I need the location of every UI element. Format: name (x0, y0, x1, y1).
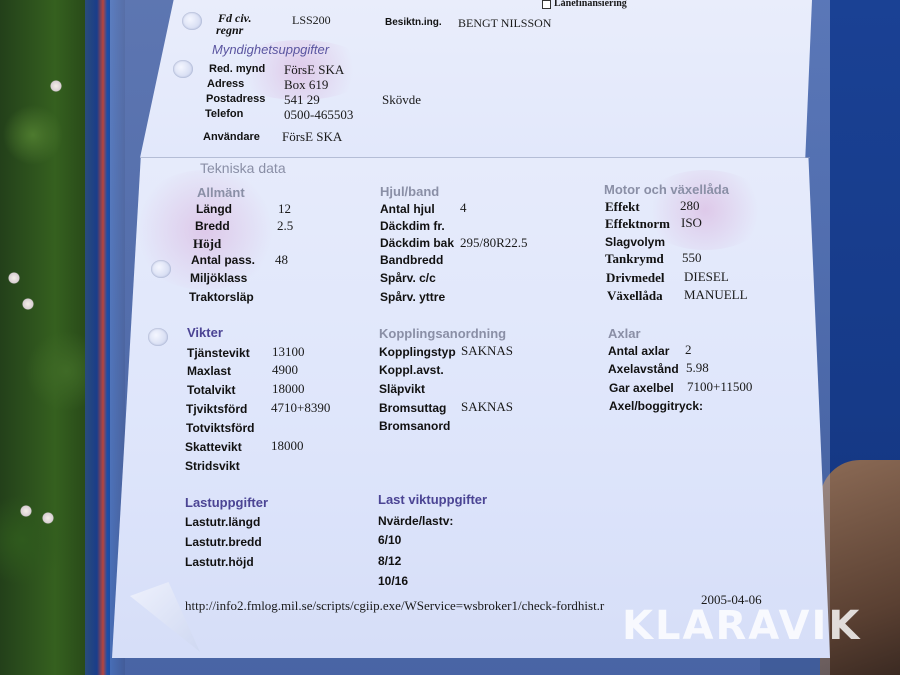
field-label: Tankrymd (605, 251, 664, 267)
lastvikt-row: 8/12 (378, 554, 401, 568)
field-label: Totviktsförd (186, 421, 254, 435)
field-value: FörsE SKA (284, 62, 344, 78)
field-value: 4900 (272, 362, 298, 378)
lastvikt-row: Nvärde/lastv: (378, 514, 453, 528)
field-label: Axelavstånd (608, 362, 679, 376)
tekniska-title: Tekniska data (200, 160, 286, 176)
field-value: 550 (682, 250, 702, 266)
hjul-title: Hjul/band (380, 184, 439, 199)
field-label: Längd (196, 202, 232, 216)
field-value: 0500-465503 (284, 107, 353, 123)
field-label: Lastutr.längd (185, 515, 260, 529)
last-title: Lastuppgifter (185, 495, 268, 510)
field-label: Användare (203, 131, 260, 143)
field-label: Kopplingstyp (379, 345, 456, 359)
field-label: Lastutr.bredd (185, 535, 262, 549)
field-value: 18000 (272, 381, 305, 397)
fd-civ-regnr-label-2: regnr (216, 23, 243, 38)
field-value-city: Skövde (382, 92, 421, 108)
field-label: Antal pass. (191, 253, 255, 267)
field-label: Drivmedel (606, 270, 664, 286)
field-value: 2 (685, 342, 692, 358)
field-value: Box 619 (284, 77, 328, 93)
field-value: 280 (680, 198, 700, 214)
field-label: Skattevikt (185, 440, 242, 454)
field-value: SAKNAS (461, 343, 513, 359)
vehicle-document: Lånefinansiering Fd civ. regnr LSS200 Be… (0, 0, 900, 675)
fd-civ-regnr-value: LSS200 (292, 13, 331, 28)
field-label: Antal axlar (608, 344, 669, 358)
vikter-title: Vikter (187, 325, 223, 340)
field-label: Bredd (195, 219, 230, 233)
koppling-title: Kopplingsanordning (379, 326, 506, 341)
field-value: 13100 (272, 344, 305, 360)
axlar-title: Axlar (608, 326, 641, 341)
field-value: 12 (278, 201, 291, 217)
field-value: 2.5 (277, 218, 293, 234)
field-value: 7100+11500 (687, 379, 752, 395)
field-label: Tjänstevikt (187, 346, 250, 360)
field-label: Adress (207, 78, 244, 90)
field-label: Maxlast (187, 364, 231, 378)
field-label: Telefon (205, 108, 243, 120)
field-label: Miljöklass (190, 271, 247, 285)
field-value: 4710+8390 (271, 400, 330, 416)
field-label: Antal hjul (380, 202, 435, 216)
field-value: DIESEL (684, 269, 729, 285)
field-label: Däckdim bak (380, 236, 454, 250)
lanefinansiering-label: Lånefinansiering (554, 0, 627, 9)
field-label: Tjviktsförd (186, 402, 247, 416)
field-label: Red. mynd (209, 63, 265, 75)
field-label: Spårv. yttre (380, 290, 445, 304)
myndighet-title: Myndighetsuppgifter (212, 42, 329, 57)
field-value: 18000 (271, 438, 304, 454)
field-value: 48 (275, 252, 288, 268)
field-label: Koppl.avst. (379, 363, 444, 377)
field-value: SAKNAS (461, 399, 513, 415)
field-label: Däckdim fr. (380, 219, 445, 233)
footer-url: http://info2.fmlog.mil.se/scripts/cgiip.… (185, 598, 604, 614)
field-value: 5.98 (686, 360, 709, 376)
field-value: 295/80R22.5 (460, 235, 528, 251)
field-label: Postadress (206, 93, 265, 105)
field-label: Lastutr.höjd (185, 555, 254, 569)
motor-title: Motor och växellåda (604, 182, 729, 197)
field-label: Effektnorm (605, 216, 670, 232)
lastvikt-row: 6/10 (378, 533, 401, 547)
field-value: 4 (460, 200, 467, 216)
field-label: Växellåda (607, 288, 663, 304)
field-label: Gar axelbel (609, 381, 674, 395)
field-label: Stridsvikt (185, 459, 240, 473)
field-label: Bandbredd (380, 253, 443, 267)
field-label: Bromsanord (379, 419, 450, 433)
field-value: FörsE SKA (282, 129, 342, 145)
field-label: Höjd (193, 236, 221, 252)
field-label: Slagvolym (605, 235, 665, 249)
field-label: Totalvikt (187, 383, 235, 397)
field-label: Axel/boggitryck: (609, 399, 703, 413)
lanefinansiering-checkbox[interactable] (542, 0, 551, 9)
field-label: Effekt (605, 199, 640, 215)
field-label: Spårv. c/c (380, 271, 436, 285)
besiktning-label: Besiktn.ing. (385, 17, 442, 28)
field-value: MANUELL (684, 287, 748, 303)
besiktning-value: BENGT NILSSON (458, 16, 551, 31)
field-value: 541 29 (284, 92, 320, 108)
allmant-title: Allmänt (197, 185, 245, 200)
field-label: Bromsuttag (379, 401, 446, 415)
field-value: ISO (681, 215, 702, 231)
field-label: Traktorsläp (189, 290, 254, 304)
lastvikt-row: 10/16 (378, 574, 408, 588)
klaravik-watermark: KLARAVIK (622, 603, 861, 649)
lastvikt-title: Last viktuppgifter (378, 492, 487, 507)
field-label: Släpvikt (379, 382, 425, 396)
